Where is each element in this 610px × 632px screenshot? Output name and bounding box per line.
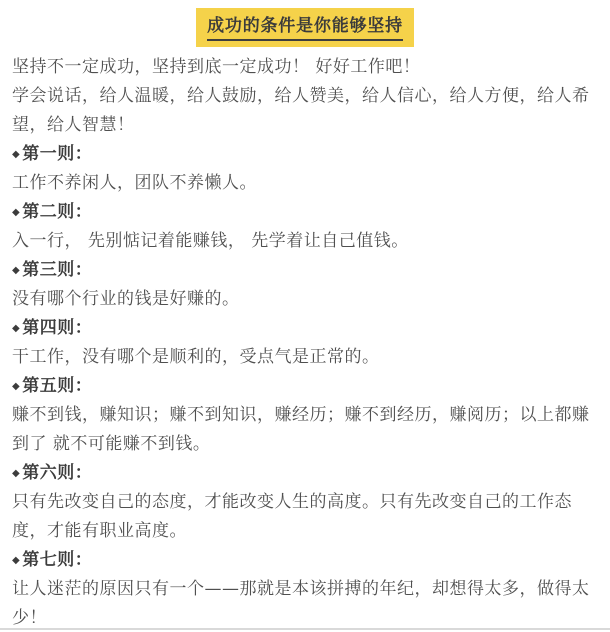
article-page: 成功的条件是你能够坚持 坚持不一定成功，坚持到底一定成功！ 好好工作吧！ 学会说… xyxy=(0,0,610,632)
rule-7-body: 让人迷茫的原因只有一个——那就是本该拼搏的年纪，却想得太多，做得太少！ xyxy=(12,575,598,632)
rule-5-heading: ◆第五则： xyxy=(12,372,598,401)
rule-6-heading-text: 第六则： xyxy=(22,463,92,483)
diamond-bullet-icon: ◆ xyxy=(12,555,20,566)
rule-1-heading: ◆第一则： xyxy=(12,140,598,169)
diamond-bullet-icon: ◆ xyxy=(12,323,20,334)
rule-5-heading-text: 第五则： xyxy=(22,376,92,396)
rule-3-body: 没有哪个行业的钱是好赚的。 xyxy=(12,285,598,314)
rule-2-body: 入一行， 先别惦记着能赚钱， 先学着让自己值钱。 xyxy=(12,227,598,256)
rule-4-heading-text: 第四则： xyxy=(22,318,92,338)
rule-7-heading-text: 第七则： xyxy=(22,550,92,570)
diamond-bullet-icon: ◆ xyxy=(12,207,20,218)
rule-2-heading-text: 第二则： xyxy=(22,202,92,222)
rule-2-heading: ◆第二则： xyxy=(12,198,598,227)
rule-3-heading-text: 第三则： xyxy=(22,260,92,280)
rule-5-body: 赚不到钱，赚知识；赚不到知识，赚经历；赚不到经历，赚阅历；以上都赚到了 就不可能… xyxy=(12,401,598,459)
page-title: 成功的条件是你能够坚持 xyxy=(207,11,403,41)
rule-7-heading: ◆第七则： xyxy=(12,546,598,575)
bottom-divider xyxy=(0,628,610,630)
rule-1-body: 工作不养闲人，团队不养懒人。 xyxy=(12,169,598,198)
intro-paragraph-2: 学会说话，给人温暖，给人鼓励，给人赞美，给人信心，给人方便，给人希望，给人智慧！ xyxy=(12,82,598,140)
article-body: 坚持不一定成功，坚持到底一定成功！ 好好工作吧！ 学会说话，给人温暖，给人鼓励，… xyxy=(0,53,610,632)
diamond-bullet-icon: ◆ xyxy=(12,149,20,160)
rule-4-body: 干工作，没有哪个是顺利的，受点气是正常的。 xyxy=(12,343,598,372)
intro-paragraph-1: 坚持不一定成功，坚持到底一定成功！ 好好工作吧！ xyxy=(12,53,598,82)
diamond-bullet-icon: ◆ xyxy=(12,381,20,392)
diamond-bullet-icon: ◆ xyxy=(12,468,20,479)
rule-6-body: 只有先改变自己的态度，才能改变人生的高度。只有先改变自己的工作态度，才能有职业高… xyxy=(12,488,598,546)
rule-3-heading: ◆第三则： xyxy=(12,256,598,285)
article-header: 成功的条件是你能够坚持 xyxy=(0,0,610,47)
rule-4-heading: ◆第四则： xyxy=(12,314,598,343)
rule-1-heading-text: 第一则： xyxy=(22,144,92,164)
rule-6-heading: ◆第六则： xyxy=(12,459,598,488)
diamond-bullet-icon: ◆ xyxy=(12,265,20,276)
title-highlight: 成功的条件是你能够坚持 xyxy=(196,8,414,47)
